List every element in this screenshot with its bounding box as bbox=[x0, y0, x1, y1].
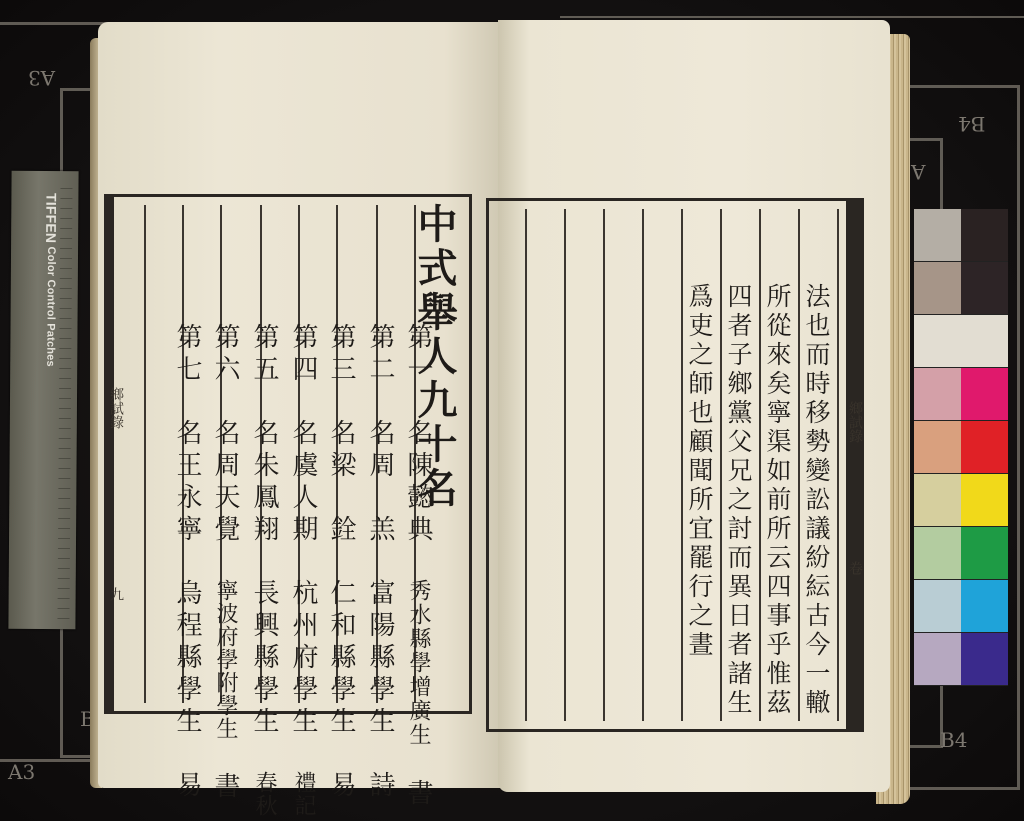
entry-school: 烏程縣學生 bbox=[172, 579, 202, 739]
entry-name: 名王永寧 bbox=[172, 419, 202, 547]
patch-row bbox=[914, 633, 1008, 686]
right-page: 法也而時移勢變訟議紛紜古今一轍 所從來矣寧渠如前所云四事乎惟茲 四者子鄉黨父兄之… bbox=[498, 20, 890, 792]
color-patch bbox=[914, 580, 961, 632]
left-print-frame: 中式舉人九十名 第一 名陳懿典 秀水縣學增廣生 書 第二 名周 羔 富陽縣學生 … bbox=[104, 194, 472, 714]
color-patch bbox=[961, 527, 1008, 579]
color-patch bbox=[961, 580, 1008, 632]
color-patch bbox=[961, 474, 1008, 526]
text-line-3: 四者子鄉黨父兄之討而異日者諸生 bbox=[726, 283, 751, 718]
patch-row bbox=[914, 315, 1008, 368]
margin-page-left: 九 bbox=[106, 587, 126, 601]
column-rule bbox=[837, 209, 839, 721]
color-patch bbox=[961, 315, 1008, 367]
color-patch bbox=[961, 262, 1008, 314]
color-patch bbox=[914, 368, 961, 420]
patch-row bbox=[914, 580, 1008, 633]
color-patch bbox=[914, 474, 961, 526]
column-rule bbox=[681, 209, 683, 721]
color-patch bbox=[961, 421, 1008, 473]
column-rule bbox=[603, 209, 605, 721]
patch-row bbox=[914, 262, 1008, 315]
column-rule bbox=[798, 209, 800, 721]
patch-row bbox=[914, 209, 1008, 262]
tiffen-calibration-strip: TIFFEN Color Control Patches bbox=[8, 171, 78, 629]
open-book: 中式舉人九十名 第一 名陳懿典 秀水縣學增廣生 書 第二 名周 羔 富陽縣學生 … bbox=[90, 20, 910, 813]
color-patch bbox=[914, 262, 961, 314]
color-patch bbox=[961, 368, 1008, 420]
text-line-4: 爲吏之師也顧聞所宜罷行之晝 bbox=[687, 283, 712, 660]
text-line-1: 法也而時移勢變訟議紛紜古今一轍 bbox=[804, 283, 829, 718]
entry-rank: 第七 bbox=[172, 323, 202, 387]
entry-7: 第七 名王永寧 烏程縣學生 易 bbox=[148, 209, 226, 803]
mat-label-b4-bottom: B4 bbox=[940, 728, 967, 752]
column-rule bbox=[759, 209, 761, 721]
patch-row bbox=[914, 474, 1008, 527]
color-patch bbox=[961, 633, 1008, 685]
mat-label-a: A bbox=[911, 160, 925, 184]
tiffen-label: TIFFEN Color Control Patches bbox=[42, 193, 59, 367]
column-rule bbox=[525, 209, 527, 721]
tiffen-brand: TIFFEN bbox=[43, 193, 59, 243]
column-rule bbox=[720, 209, 722, 721]
color-patch bbox=[914, 633, 961, 685]
margin-label-left: 鄉試錄 bbox=[106, 387, 126, 429]
color-patch bbox=[914, 421, 961, 473]
color-patch bbox=[961, 209, 1008, 261]
patch-row bbox=[914, 368, 1008, 421]
ruler-scale bbox=[57, 179, 72, 621]
mat-label-a3-bottom: A3 bbox=[8, 760, 35, 784]
patch-row bbox=[914, 421, 1008, 474]
mat-label-a3-top: A3 bbox=[28, 66, 55, 90]
column-rule bbox=[564, 209, 566, 721]
patch-row bbox=[914, 527, 1008, 580]
text-line-2: 所從來矣寧渠如前所云四事乎惟茲 bbox=[765, 283, 790, 718]
color-patch-chart bbox=[914, 209, 1008, 689]
mat-label-b4-top: B4 bbox=[958, 112, 985, 136]
margin-label-right: 鄉試錄 bbox=[845, 401, 865, 443]
right-print-frame: 法也而時移勢變訟議紛紜古今一轍 所從來矣寧渠如前所云四事乎惟茲 四者子鄉黨父兄之… bbox=[486, 198, 864, 732]
entry-classic: 易 bbox=[172, 771, 202, 803]
column-rule bbox=[642, 209, 644, 721]
margin-page-right: 卷 bbox=[845, 561, 865, 575]
color-patch bbox=[914, 209, 961, 261]
tiffen-title: Color Control Patches bbox=[44, 246, 57, 366]
left-page: 中式舉人九十名 第一 名陳懿典 秀水縣學增廣生 書 第二 名周 羔 富陽縣學生 … bbox=[98, 22, 506, 788]
color-patch bbox=[914, 527, 961, 579]
color-patch bbox=[914, 315, 961, 367]
